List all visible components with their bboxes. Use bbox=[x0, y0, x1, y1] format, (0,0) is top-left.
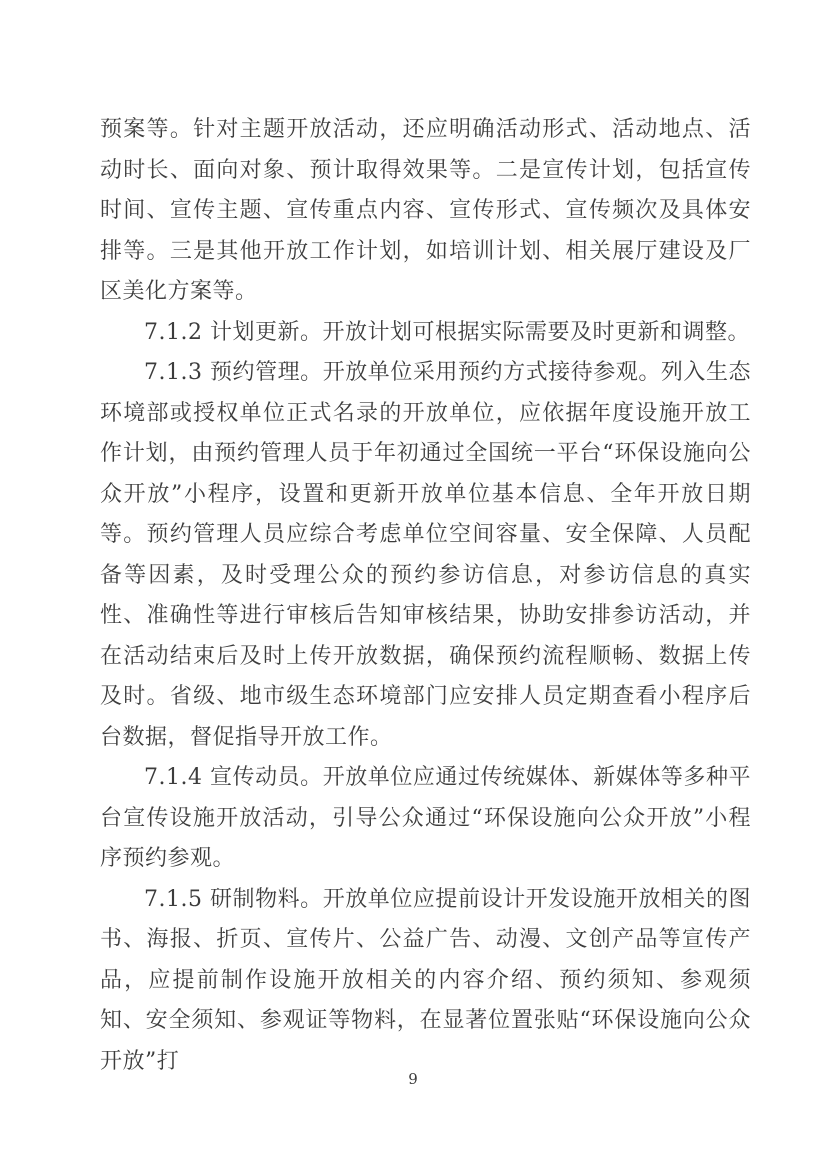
paragraph-section-7-1-5: 7.1.5 研制物料。开放单位应提前设计开发设施开放相关的图书、海报、折页、宣传… bbox=[100, 880, 751, 1083]
paragraph-continued: 预案等。针对主题开放活动，还应明确活动形式、活动地点、活动时长、面向对象、预计取… bbox=[100, 110, 751, 313]
page-number: 9 bbox=[0, 1068, 826, 1090]
document-body: 预案等。针对主题开放活动，还应明确活动形式、活动地点、活动时长、面向对象、预计取… bbox=[100, 110, 751, 1082]
paragraph-section-7-1-2: 7.1.2 计划更新。开放计划可根据实际需要及时更新和调整。 bbox=[100, 313, 751, 354]
document-page: 预案等。针对主题开放活动，还应明确活动形式、活动地点、活动时长、面向对象、预计取… bbox=[0, 0, 826, 1169]
paragraph-section-7-1-4: 7.1.4 宣传动员。开放单位应通过传统媒体、新媒体等多种平台宣传设施开放活动，… bbox=[100, 758, 751, 880]
paragraph-section-7-1-3: 7.1.3 预约管理。开放单位采用预约方式接待参观。列入生态环境部或授权单位正式… bbox=[100, 353, 751, 758]
